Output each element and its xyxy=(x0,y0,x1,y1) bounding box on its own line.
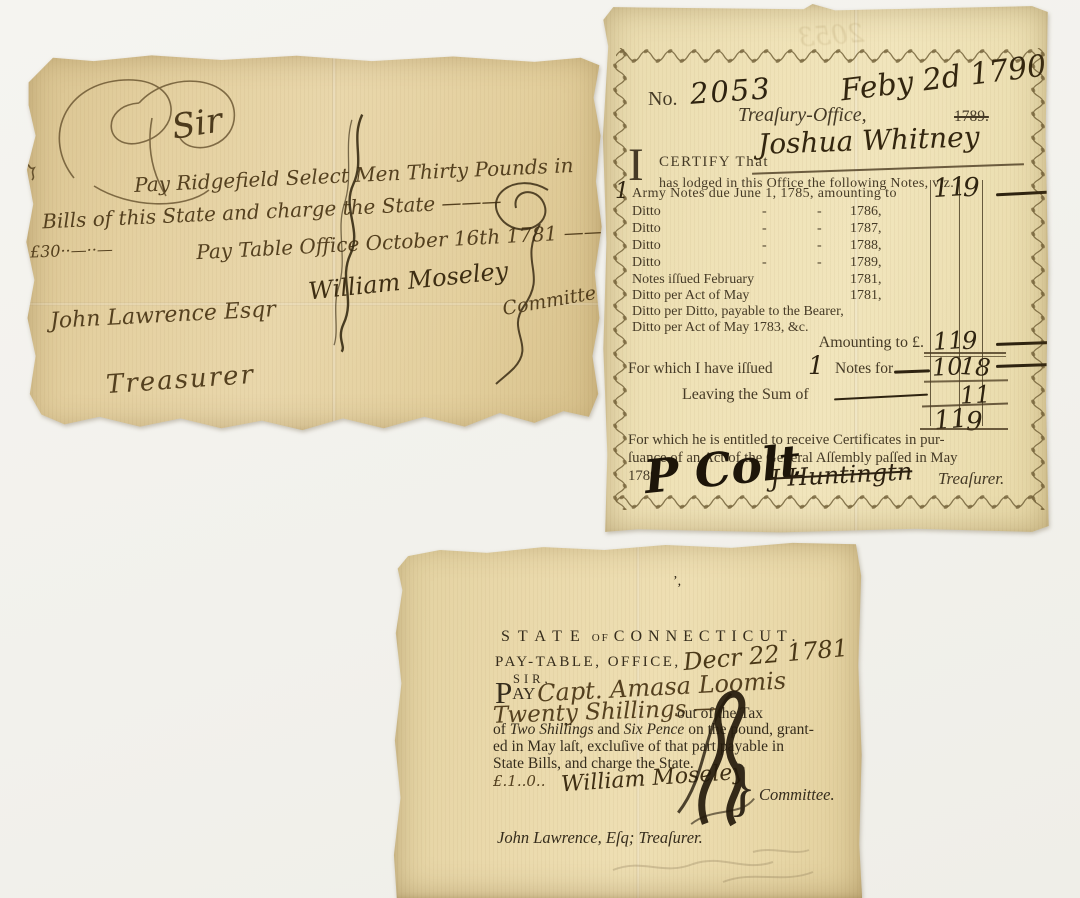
signature-huntington: J Huntingtn xyxy=(769,458,913,492)
ink-marks: ’, xyxy=(673,574,681,589)
edge-ink-mark xyxy=(24,156,50,186)
note-row: Notes iſſued February xyxy=(632,272,754,287)
certify-dropcap: I xyxy=(628,142,644,189)
issued-text-pre: For which I have iſſued xyxy=(628,360,773,377)
committee-label: Committee. xyxy=(759,786,835,804)
note-row: Ditto xyxy=(632,238,661,253)
bleedthrough-scribbles xyxy=(603,840,823,890)
name-underline xyxy=(752,163,1024,174)
issued-shillings: 18 xyxy=(959,353,991,381)
bleedthrough-number: 2053 xyxy=(797,20,865,53)
document-treasury-certificate: 2053 No. 2053 Treaſury-Office, Feby 2d 1… xyxy=(602,4,1050,534)
amount-figures: £.1..0.. xyxy=(493,773,545,790)
ditto-dash: - xyxy=(817,204,822,219)
hand-dash xyxy=(894,369,930,373)
note-year: 1789, xyxy=(850,255,882,270)
note-row: Army Notes due June 1, 1785, amounting t… xyxy=(632,186,897,201)
state-word: STATE xyxy=(501,628,588,645)
ditto-dash: - xyxy=(817,238,822,253)
ditto-dash: - xyxy=(817,221,822,236)
aged-paper-sheet: 2053 No. 2053 Treaſury-Office, Feby 2d 1… xyxy=(602,4,1050,534)
committee-brace: } xyxy=(729,753,756,824)
amount-notation: £30··—··— xyxy=(30,241,113,261)
vine-border-left xyxy=(607,48,628,510)
note-row: Ditto per Act of May xyxy=(632,288,749,303)
total-shillings: 9 xyxy=(966,408,983,437)
sum-rule xyxy=(920,428,1008,430)
note-year: 1781, xyxy=(850,288,882,303)
aged-paper-sheet: ’, STATE OF CONNECTICUT. PAY-TABLE, OFFI… xyxy=(393,540,863,898)
note-row: Ditto per Ditto, payable to the Bearer, xyxy=(632,304,844,319)
ditto-dash: - xyxy=(762,238,767,253)
committee-bracket-flourish xyxy=(452,168,570,386)
document-ridgefield-pay-order: Sir Pay Ridgefield Select Men Thirty Pou… xyxy=(24,52,604,432)
note-year: 1786, xyxy=(850,204,882,219)
amounting-shillings: 9 xyxy=(962,328,977,354)
document-pay-table-order: ’, STATE OF CONNECTICUT. PAY-TABLE, OFFI… xyxy=(393,540,863,898)
note-row: Ditto xyxy=(632,204,661,219)
ditto-dash: - xyxy=(762,204,767,219)
aged-paper-sheet: Sir Pay Ridgefield Select Men Thirty Pou… xyxy=(24,52,604,432)
number-label: No. xyxy=(648,88,677,110)
depositor-name: Joshua Whitney xyxy=(758,122,981,161)
addressee-title: Treasurer xyxy=(105,361,256,400)
state-of: OF xyxy=(592,632,610,644)
endorsement-scribble xyxy=(316,108,385,355)
money-column-rule xyxy=(930,180,931,426)
amounting-label: Amounting to £. xyxy=(762,334,924,352)
note-year: 1781, xyxy=(850,272,882,287)
issued-quantity: 1 xyxy=(808,352,824,380)
overlapping-signature-scrawl xyxy=(647,660,780,839)
ditto-dash: - xyxy=(762,221,767,236)
row-quantity: 1 xyxy=(615,180,629,204)
scanned-documents-canvas: Sir Pay Ridgefield Select Men Thirty Pou… xyxy=(0,0,1080,898)
note-row: Ditto xyxy=(632,221,661,236)
hand-dash xyxy=(834,394,928,401)
issued-text-post: Notes for xyxy=(835,360,893,377)
treasurer-label: Treaſurer. xyxy=(938,470,1004,489)
ditto-dash: - xyxy=(762,255,767,270)
certify-text: CERTIFY That xyxy=(659,154,769,171)
leaving-label: Leaving the Sum of xyxy=(682,386,809,404)
note-year: 1788, xyxy=(850,238,882,253)
office-line: PAY-TABLE, OFFICE, xyxy=(495,654,681,671)
note-row: Ditto xyxy=(632,255,661,270)
lodged-shillings: 9 xyxy=(963,174,980,203)
lodged-pounds: 11 xyxy=(932,173,967,204)
note-year: 1787, xyxy=(850,221,882,236)
ditto-dash: - xyxy=(817,255,822,270)
salutation-word: Sir xyxy=(169,102,225,147)
vine-border-right xyxy=(1025,48,1046,510)
